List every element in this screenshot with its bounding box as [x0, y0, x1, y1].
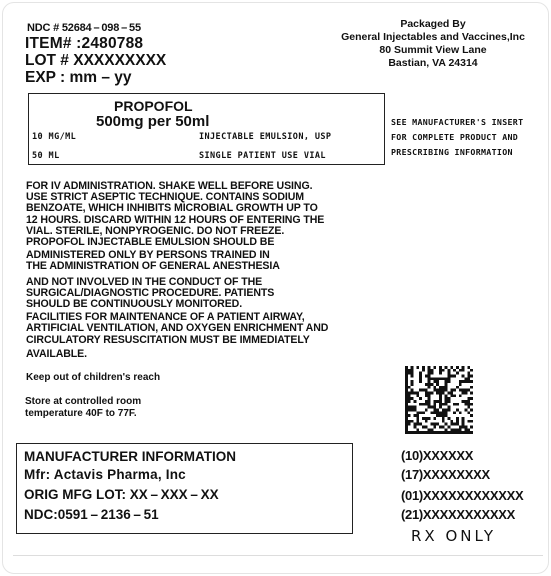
- gs1-lot: (10)XXXXXX: [401, 448, 473, 463]
- warnings-text: FOR IV ADMINISTRATION. SHAKE WELL BEFORE…: [26, 181, 328, 362]
- product-strength: 500mg per 50ml: [96, 113, 209, 130]
- packager-street: 80 Summit View Lane: [323, 44, 543, 57]
- item-number: ITEM# :2480788: [25, 35, 143, 53]
- packager-heading: Packaged By: [323, 18, 543, 31]
- warnings-paragraph: AND NOT INVOLVED IN THE CONDUCT OF THE S…: [26, 277, 328, 360]
- insert-note-line: FOR COMPLETE PRODUCT AND: [391, 130, 523, 145]
- product-dosage-form: INJECTABLE EMULSION, USP: [199, 132, 331, 142]
- product-volume: 50 ML: [32, 151, 60, 161]
- packager-city: Bastian, VA 24314: [323, 57, 543, 70]
- storage-instructions: Store at controlled room temperature 40F…: [25, 396, 141, 420]
- warning-line: THE ADMINISTRATION OF GENERAL ANESTHESIA: [26, 261, 328, 272]
- warning-line: ARTIFICIAL VENTILATION, AND OXYGEN ENRIC…: [26, 323, 328, 334]
- ndc-number: NDC # 52684 – 098 – 55: [27, 22, 141, 34]
- warning-line: AVAILABLE.: [26, 349, 328, 360]
- manufacturer-title: MANUFACTURER INFORMATION: [24, 449, 236, 464]
- divider: [13, 555, 543, 556]
- keep-out-of-reach: Keep out of children's reach: [26, 372, 160, 383]
- gs1-expiry: (17)XXXXXXXX: [401, 467, 490, 482]
- insert-note-line: SEE MANUFACTURER'S INSERT: [391, 115, 523, 130]
- warning-line: PROPOFOL INJECTABLE EMULSION SHOULD BE: [26, 237, 328, 248]
- original-mfg-lot: ORIG MFG LOT: XX – XXX – XX: [24, 487, 219, 502]
- gs1-serial: (21)XXXXXXXXXXX: [401, 507, 515, 522]
- storage-line: Store at controlled room: [25, 396, 141, 408]
- product-use: SINGLE PATIENT USE VIAL: [199, 151, 326, 161]
- warning-line: SHOULD BE CONTINUOUSLY MONITORED.: [26, 299, 328, 310]
- manufacturer-name: Mfr: Actavis Pharma, Inc: [24, 467, 186, 482]
- insert-note: SEE MANUFACTURER'S INSERT FOR COMPLETE P…: [391, 115, 523, 160]
- expiration-date: EXP : mm – yy: [25, 69, 132, 87]
- datamatrix-icon: [404, 366, 474, 434]
- pharmacy-label: NDC # 52684 – 098 – 55 ITEM# :2480788 LO…: [2, 2, 549, 574]
- rx-only: RX ONLY: [411, 527, 496, 545]
- gs1-gtin: (01)XXXXXXXXXXXX: [401, 488, 523, 503]
- lot-number: LOT # XXXXXXXXX: [25, 52, 166, 70]
- packager-info: Packaged By General Injectables and Vacc…: [323, 18, 543, 70]
- warnings-paragraph: FOR IV ADMINISTRATION. SHAKE WELL BEFORE…: [26, 181, 328, 273]
- packager-company: General Injectables and Vaccines,Inc: [323, 31, 543, 44]
- storage-line: temperature 40F to 77F.: [25, 408, 141, 420]
- warning-line: CIRCULATORY RESUSCITATION MUST BE IMMEDI…: [26, 335, 328, 346]
- insert-note-line: PRESCRIBING INFORMATION: [391, 145, 523, 160]
- product-name: PROPOFOL: [114, 98, 193, 114]
- warning-line: BENZOATE, WHICH INHIBITS MICROBIAL GROWT…: [26, 203, 328, 214]
- product-concentration: 10 MG/ML: [32, 132, 76, 142]
- manufacturer-ndc: NDC:0591 – 2136 – 51: [24, 507, 159, 522]
- product-box: PROPOFOL 500mg per 50ml 10 MG/ML 50 ML I…: [28, 93, 385, 165]
- manufacturer-box: MANUFACTURER INFORMATION Mfr: Actavis Ph…: [16, 443, 353, 534]
